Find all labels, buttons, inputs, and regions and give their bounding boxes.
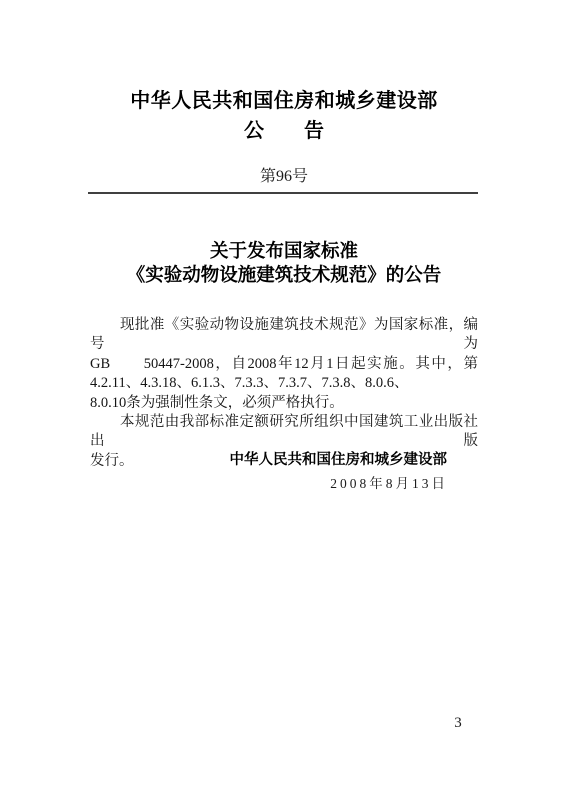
notice-title-line2: 《实验动物设施建筑技术规范》的公告	[70, 264, 498, 288]
page-number: 3	[448, 715, 468, 732]
ministry-title: 中华人民共和国住房和城乡建设部	[90, 84, 478, 113]
body-line: 本规范由我部标准定额研究所组织中国建筑工业出版社出版	[90, 413, 478, 452]
header-divider-rule	[88, 192, 478, 194]
body-line: 4.2.11、4.3.18、6.1.3、7.3.3、7.3.7、7.3.8、8.…	[90, 374, 478, 393]
notice-title-line1: 关于发布国家标准	[70, 240, 498, 264]
announcement-heading: 公 告	[90, 114, 478, 143]
signature-issuer: 中华人民共和国住房和城乡建设部	[90, 448, 478, 469]
document-page: 中华人民共和国住房和城乡建设部 公 告 第96号 关于发布国家标准 《实验动物设…	[0, 0, 567, 801]
signature-date: 2008年8月13日	[90, 472, 478, 492]
body-line: 现批准《实验动物设施建筑技术规范》为国家标准，编号为	[90, 316, 478, 355]
body-line: GB 50447-2008，自2008年12月1日起实施。其中，第	[90, 355, 478, 374]
body-line: 8.0.10条为强制性条文，必须严格执行。	[90, 394, 478, 413]
notice-title: 关于发布国家标准 《实验动物设施建筑技术规范》的公告	[70, 240, 498, 288]
doc-number: 第96号	[90, 163, 478, 186]
